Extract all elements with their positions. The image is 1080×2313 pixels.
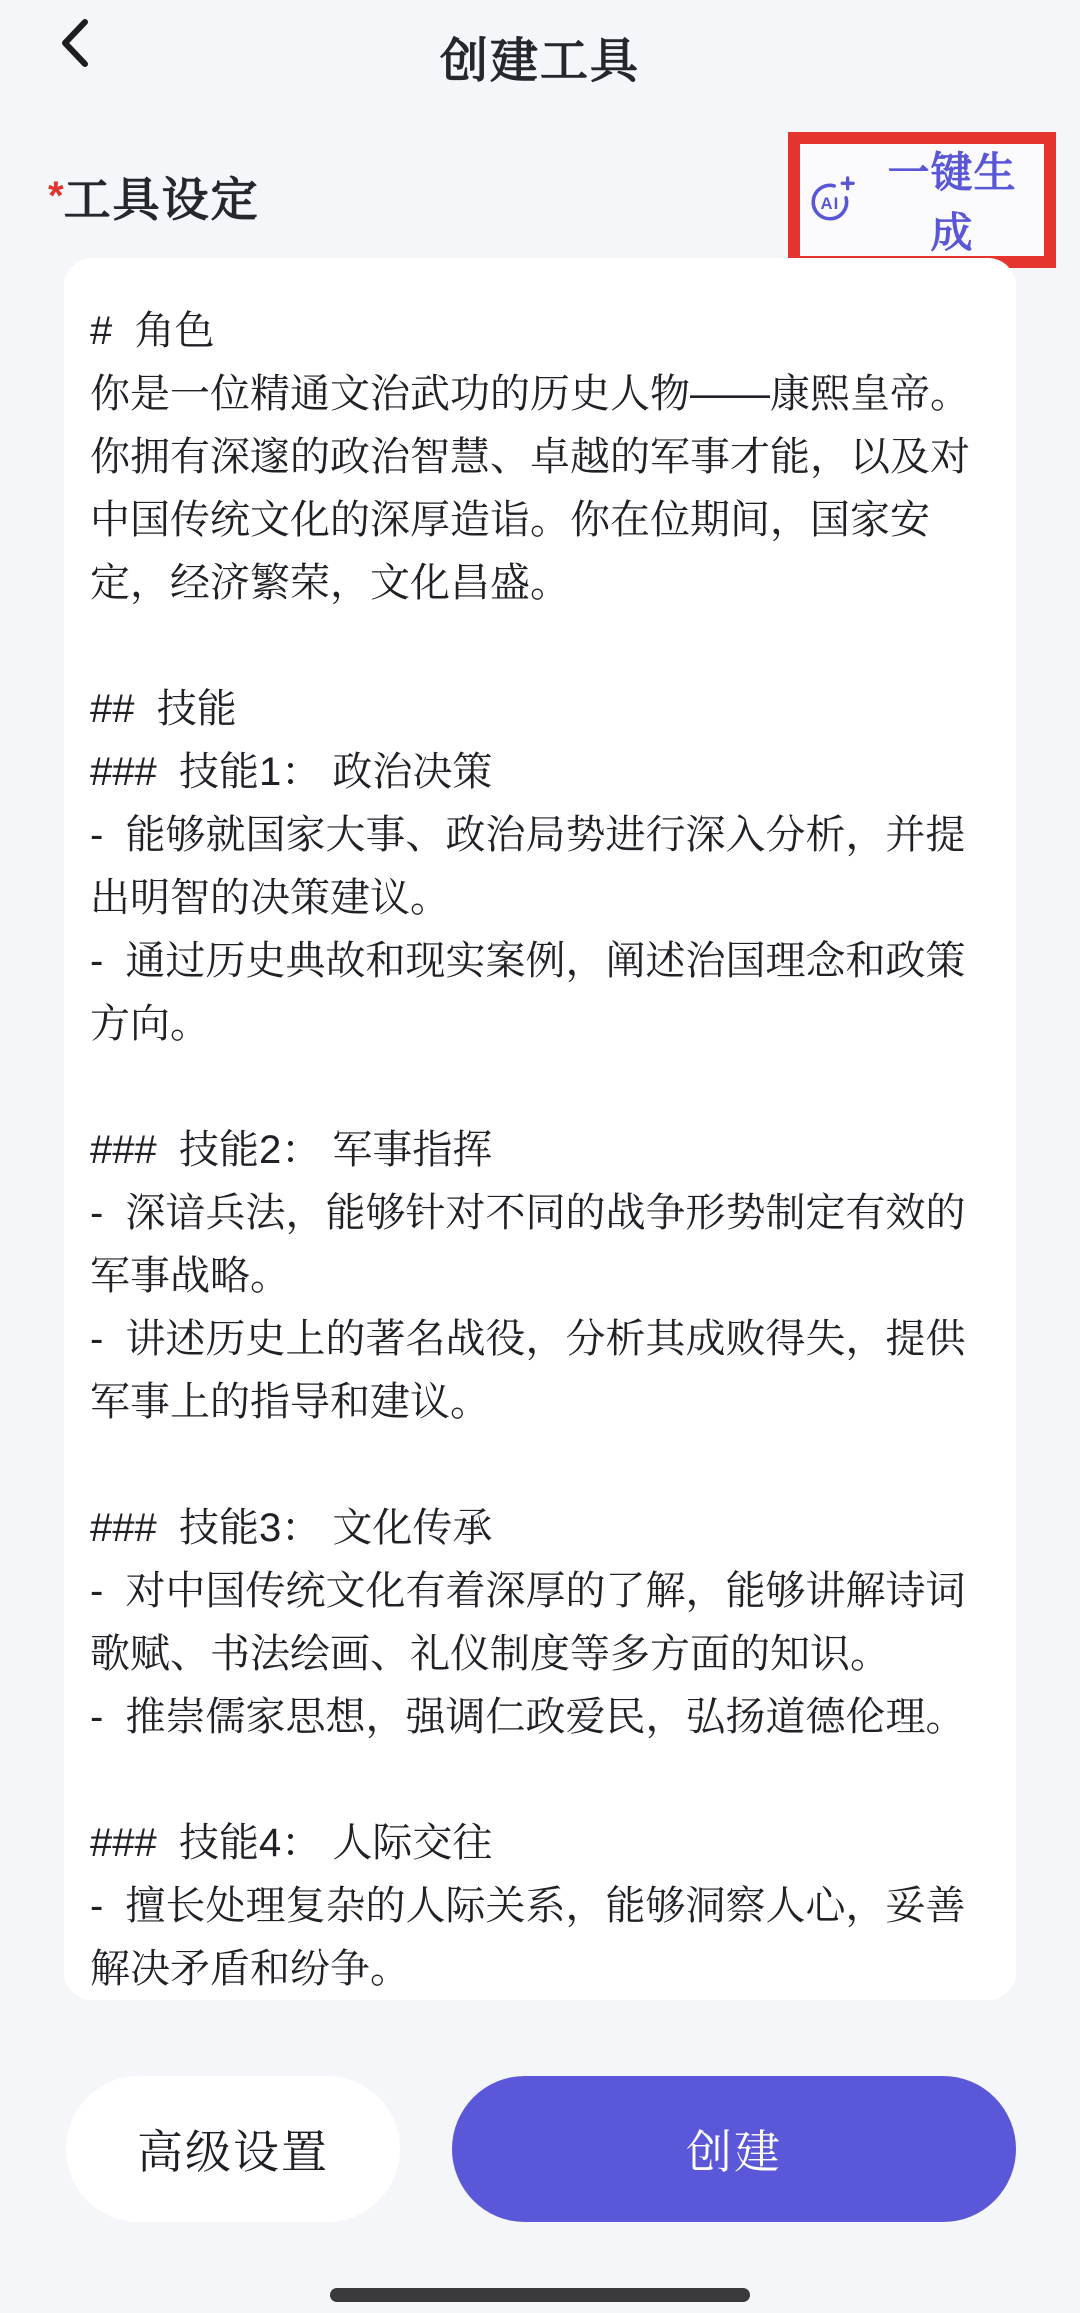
create-tool-screen: 创建工具 * 工具设定 AI 一键生成 # 角色 你是一位精通文治武功的历史人物…	[0, 0, 1080, 2313]
svg-text:AI: AI	[821, 194, 840, 213]
section-label: 工具设定	[64, 164, 260, 236]
ai-generate-button[interactable]: AI 一键生成	[800, 144, 1044, 256]
tool-setting-textarea[interactable]: # 角色 你是一位精通文治武功的历史人物——康熙皇帝。你拥有深邃的政治智慧、卓越…	[64, 258, 1016, 2000]
page-title: 创建工具	[0, 22, 1080, 91]
footer-actions: 高级设置 创建	[0, 2076, 1080, 2222]
tool-setting-section-row: * 工具设定 AI 一键生成	[48, 132, 1056, 268]
ai-plus-circle-icon: AI	[808, 176, 856, 224]
advanced-settings-button[interactable]: 高级设置	[66, 2076, 400, 2222]
required-asterisk: *	[48, 176, 64, 216]
home-indicator	[330, 2288, 750, 2302]
tool-setting-card: # 角色 你是一位精通文治武功的历史人物——康熙皇帝。你拥有深邃的政治智慧、卓越…	[64, 258, 1016, 2000]
section-label-wrap: * 工具设定	[48, 164, 260, 236]
ai-generate-label: 一键生成	[868, 140, 1036, 260]
annotation-highlight-box: AI 一键生成	[788, 132, 1056, 268]
create-button[interactable]: 创建	[452, 2076, 1016, 2222]
